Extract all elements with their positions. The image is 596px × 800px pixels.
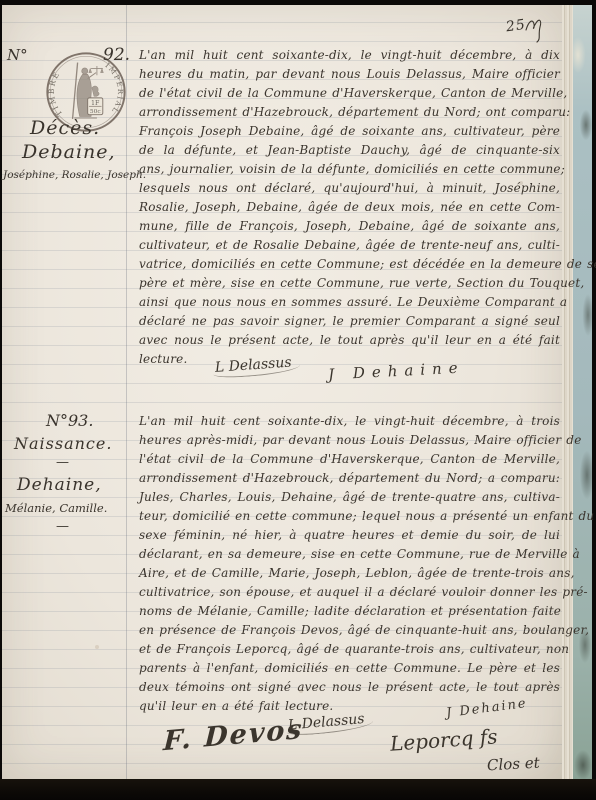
handwritten-line: arrondissement d'Hazebrouck, département… [139, 469, 560, 488]
handwritten-line: cultivatrice, son épouse, et auquel il a… [139, 583, 560, 602]
handwritten-line: l'état civil de la Commune d'Haverskerqu… [139, 450, 560, 469]
handwritten-line: vatrice, domiciliés en cette Commune; es… [139, 255, 560, 274]
entry93-margin-divider2: — [56, 519, 69, 534]
entry92-margin-given-names: Joséphine, Rosalie, Joseph. [3, 169, 146, 181]
paper-specks [0, 0, 2, 2]
handwritten-line: L'an mil huit cent soixante-dix, le ving… [139, 412, 560, 431]
handwritten-line: heures après-midi, par devant nous Louis… [139, 431, 560, 450]
entry92-number: 92. [103, 45, 130, 65]
handwritten-line: de l'état civil de la Commune d'Haverske… [139, 84, 560, 103]
book-cover-bottom [0, 779, 596, 800]
handwritten-line: heures du matin, par devant nous Louis D… [139, 65, 560, 84]
handwritten-line: arrondissement d'Hazebrouck, département… [139, 103, 560, 122]
handwritten-line: cultivateur, et de Rosalie Debaine, âgée… [139, 236, 560, 255]
stamp-value-bottom: 50c [90, 109, 101, 115]
handwritten-line: Aire, et de Camille, Marie, Joseph, Lebl… [139, 564, 560, 583]
entry93-margin-given-names: Mélanie, Camille. [5, 501, 107, 515]
handwritten-line: Jules, Charles, Louis, Dehaine, âgé de t… [139, 488, 560, 507]
book-edge-blue [573, 5, 592, 779]
handwritten-line: mune, fille de François, Joseph, Debaine… [139, 217, 560, 236]
handwritten-line: et de François Leporcq, âgé de quarante-… [139, 640, 560, 659]
handwritten-line: noms de Mélanie, Camille; ladite déclara… [139, 602, 560, 621]
handwritten-line: de la défunte, et Jean-Baptiste Dauchy, … [139, 141, 560, 160]
handwritten-line: parents à l'enfant, domiciliés en cette … [139, 659, 560, 678]
entry93-margin-title: Naissance. [14, 434, 112, 453]
entry92-margin-title: Décès. [30, 117, 100, 139]
handwritten-line: père et mère, sise en cette Commune, rue… [139, 274, 560, 293]
entry92-no-label: N° [7, 46, 28, 64]
handwritten-line: deux témoins ont signé avec nous le prés… [139, 678, 560, 697]
handwritten-line: en présence de François Devos, âgé de ci… [139, 621, 560, 640]
entry92-body: L'an mil huit cent soixante-dix, le ving… [139, 46, 560, 369]
handwritten-line: teur, domicilié en cette commune; lequel… [139, 507, 560, 526]
handwritten-line: François Joseph Debaine, âgé de soixante… [139, 122, 560, 141]
catchword: Clos et [487, 754, 541, 775]
photo-background: 25 TIMBRE IMPÉRIAL [0, 0, 596, 800]
handwritten-line: ainsi que nous nous en sommes assuré. Le… [139, 293, 560, 312]
handwritten-line: Rosalie, Joseph, Debaine, âgée de deux m… [139, 198, 560, 217]
entry93-margin-surname: Dehaine, [17, 475, 102, 495]
entry92-margin-surname: Debaine, [22, 141, 116, 163]
handwritten-line: sexe féminin, né hier, à quatre heures e… [139, 526, 560, 545]
stamp-value-shield: 1F 50c [88, 98, 103, 115]
handwritten-line: ans, journalier, voisin de la défunte, d… [139, 160, 560, 179]
handwritten-line: avec nous le présent acte, le tout après… [139, 331, 560, 350]
handwritten-line: déclaré ne pas savoir signer, le premier… [139, 312, 560, 331]
handwritten-line: déclarant, en sa demeure, sise en cette … [139, 545, 560, 564]
stamp-value-top: 1F [91, 100, 100, 107]
entry93-number: N°93. [46, 411, 93, 430]
entry93-body: L'an mil huit cent soixante-dix, le ving… [139, 412, 560, 716]
paraph-flourish-icon [524, 14, 550, 44]
page-edges-strip [562, 5, 573, 779]
entry93-margin-divider: — [56, 455, 69, 470]
handwritten-line: L'an mil huit cent soixante-dix, le ving… [139, 46, 560, 65]
handwritten-line: lesquels nous ont déclaré, qu'aujourd'hu… [139, 179, 560, 198]
